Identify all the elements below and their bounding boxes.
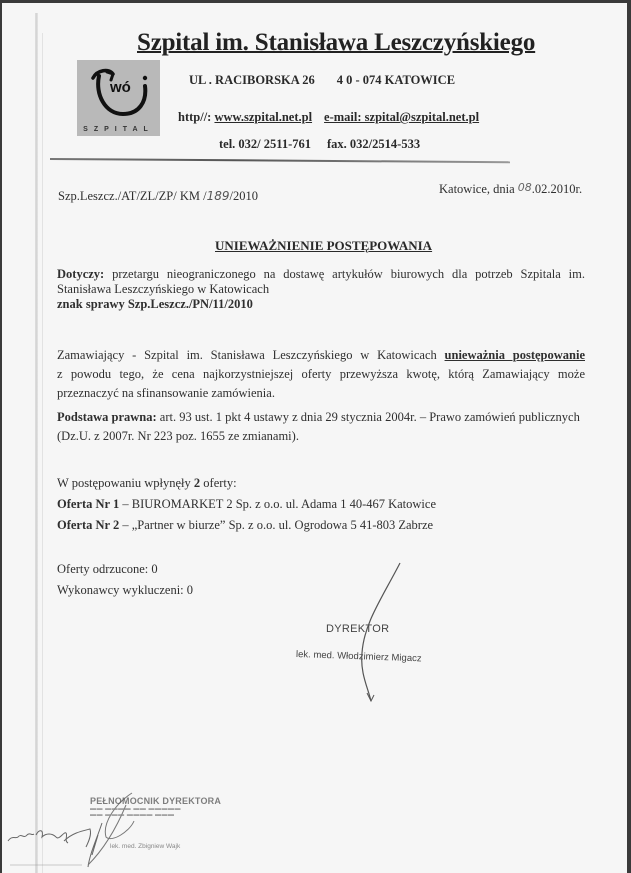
- smile-logo-icon: wó: [83, 64, 155, 122]
- legal-basis-label: Podstawa prawna:: [57, 410, 157, 424]
- offer-text: – BIUROMARKET 2 Sp. z o.o. ul. Adama 1 4…: [119, 497, 436, 511]
- email-link[interactable]: e-mail: szpital@szpital.net.pl: [324, 110, 479, 124]
- date-prefix: Katowice, dnia: [439, 182, 518, 196]
- scan-fold-line: [35, 13, 38, 873]
- subject-text-continued: Stanisława Leszczyńskiego w Katowicach: [57, 282, 585, 297]
- reference-number: Szp.Leszcz./AT/ZL/ZP/ KM /189/2010: [58, 189, 258, 204]
- excluded-value: 0: [187, 583, 193, 597]
- reference-prefix: Szp.Leszcz./AT/ZL/ZP/ KM /: [58, 189, 207, 203]
- hospital-logo: wó SZPITAL: [77, 60, 160, 136]
- case-sign: znak sprawy Szp.Leszcz./PN/11/2010: [57, 297, 585, 312]
- subject-block: Dotyczy: przetargu nieograniczonego na d…: [57, 267, 585, 312]
- offer-label: Oferta Nr 2: [57, 518, 119, 532]
- director-stamp-name: lek. med. Włodzimierz Migacz: [296, 649, 422, 664]
- excluded-contractors: Wykonawcy wykluczeni: 0: [57, 580, 585, 601]
- offer-item: Oferta Nr 1 – BIUROMARKET 2 Sp. z o.o. u…: [57, 494, 585, 515]
- legal-basis-block: Podstawa prawna: art. 93 ust. 1 pkt 4 us…: [57, 408, 585, 446]
- logo-caption: SZPITAL: [77, 126, 160, 133]
- offer-item: Oferta Nr 2 – „Partner w biurze” Sp. z o…: [57, 515, 585, 536]
- subject-line: Dotyczy: przetargu nieograniczonego na d…: [57, 267, 585, 282]
- summary-block: Oferty odrzucone: 0 Wykonawcy wykluczeni…: [57, 559, 585, 601]
- handwritten-day: 08: [518, 181, 532, 194]
- contact-line: http//: www.szpital.net.ple-mail: szpita…: [178, 110, 479, 125]
- decision-reason: z powodu tego, że cena najkorzystniejsze…: [57, 365, 585, 384]
- legal-basis-citation: (Dz.U. z 2007r. Nr 223 poz. 1655 ze zmia…: [57, 427, 585, 446]
- decision-lead: Zamawiający - Szpital im. Stanisława Les…: [57, 348, 445, 362]
- decision-block: Zamawiający - Szpital im. Stanisława Les…: [57, 346, 585, 403]
- legal-basis-text: art. 93 ust. 1 pkt 4 ustawy z dnia 29 st…: [157, 410, 580, 424]
- street-address: UL . RACIBORSKA 26: [189, 73, 315, 87]
- deputy-stamp-role: PEŁNOMOCNIK DYREKTORA: [90, 796, 221, 806]
- rejected-offers: Oferty odrzucone: 0: [57, 559, 585, 580]
- deputy-stamp-name: lek. med. Zbigniew Wajk: [110, 843, 180, 850]
- phone-number: tel. 032/ 2511-761: [219, 137, 311, 151]
- offers-intro: W postępowaniu wpłynęły 2 oferty:: [57, 473, 585, 494]
- fax-number: fax. 032/2514-533: [327, 137, 420, 151]
- letterhead-divider: [50, 158, 510, 163]
- date-suffix: .02.2010r.: [532, 182, 582, 196]
- handwritten-reference: 189: [207, 189, 230, 203]
- svg-text:wó: wó: [109, 79, 131, 96]
- decision-emphasis: unieważnia postępowanie: [445, 348, 585, 362]
- decision-reason-continued: przeznaczyć na sfinansowanie zamówienia.: [57, 384, 585, 403]
- document-date: Katowice, dnia 08.02.2010r.: [439, 181, 582, 197]
- scanned-document-page: Szpital im. Stanisława Leszczyńskiego wó…: [2, 3, 627, 873]
- website-link[interactable]: www.szpital.net.pl: [214, 110, 312, 124]
- phone-line: tel. 032/ 2511-761fax. 032/2514-533: [219, 137, 420, 152]
- director-stamp-role: DYREKTOR: [326, 623, 389, 635]
- decision-line: Zamawiający - Szpital im. Stanisława Les…: [57, 346, 585, 365]
- subject-text: przetargu nieograniczonego na dostawę ar…: [104, 267, 585, 281]
- hospital-name: Szpital im. Stanisława Leszczyńskiego: [137, 29, 535, 57]
- scan-fold-line: [42, 33, 43, 873]
- web-label: http//:: [178, 110, 211, 124]
- excluded-label: Wykonawcy wykluczeni:: [57, 583, 187, 597]
- offer-label: Oferta Nr 1: [57, 497, 119, 511]
- rejected-label: Oferty odrzucone:: [57, 562, 151, 576]
- address-line: UL . RACIBORSKA 264 0 - 074 KATOWICE: [189, 73, 455, 88]
- postal-city: 4 0 - 074 KATOWICE: [337, 73, 455, 87]
- rejected-value: 0: [151, 562, 157, 576]
- offers-intro-prefix: W postępowaniu wpłynęły: [57, 476, 194, 490]
- offers-intro-suffix: oferty:: [200, 476, 236, 490]
- offers-block: W postępowaniu wpłynęły 2 oferty: Oferta…: [57, 473, 585, 536]
- deputy-stamp: PEŁNOMOCNIK DYREKTORA ▬▬ ▬▬▬▬ ▬▬ ▬▬▬▬▬ ▬…: [90, 796, 221, 818]
- document-title: UNIEWAŻNIENIE POSTĘPOWANIA: [215, 238, 432, 254]
- stamp-illegible-line: ▬▬ ▬▬▬ ▬▬▬▬ ▬▬▬: [90, 812, 221, 818]
- offer-text: – „Partner w biurze” Sp. z o.o. ul. Ogro…: [119, 518, 433, 532]
- reference-suffix: /2010: [230, 189, 258, 203]
- subject-label: Dotyczy:: [57, 267, 104, 281]
